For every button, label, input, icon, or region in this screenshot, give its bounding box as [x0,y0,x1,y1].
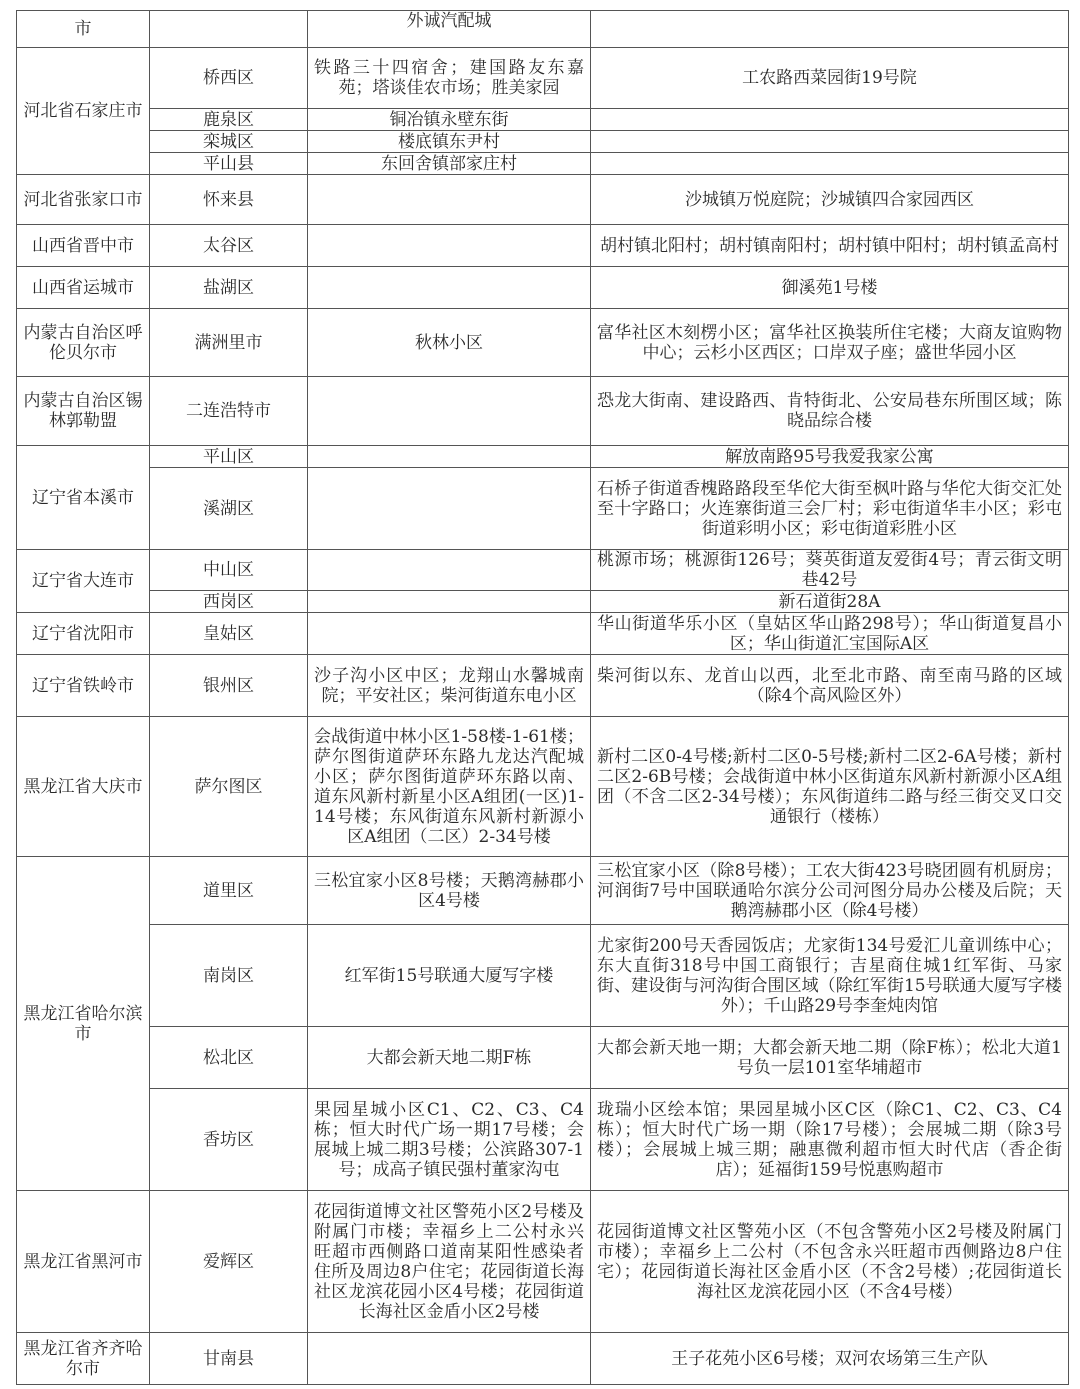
city-cell: 黑龙江省黑河市 [17,1191,150,1333]
city-cell: 河北省张家口市 [17,175,150,225]
high-risk-cell: 铁路三十四宿舍；建国路友东嘉苑；塔谈佳农市场；胜美家园 [308,48,591,109]
district-cell: 中山区 [150,550,308,591]
district-cell: 栾城区 [150,131,308,153]
city-cell: 黑龙江省哈尔滨市 [17,857,150,1191]
district-cell: 太谷区 [150,225,308,267]
table-row: 黑龙江省齐齐哈尔市 甘南县 王子花苑小区6号楼；双河农场第三生产队 [17,1333,1069,1385]
high-risk-cell [308,446,591,468]
district-cell: 皇姑区 [150,613,308,655]
table-row: 辽宁省大连市 中山区 桃源市场；桃源街126号；葵英街道友爱街4号；青云街文明巷… [17,550,1069,591]
high-risk-cell: 会战街道中林小区1-58楼-1-61楼；萨尔图街道萨环东路九龙达汽配城小区；萨尔… [308,717,591,857]
city-cell: 黑龙江省大庆市 [17,717,150,857]
medium-risk-cell: 恐龙大街南、建设路西、肯特街北、公安局巷东所围区域；陈晓品综合楼 [591,377,1069,446]
district-cell: 西岗区 [150,591,308,613]
table-row: 市 外诚汽配城 [17,11,1069,48]
city-cell: 内蒙古自治区呼伦贝尔市 [17,309,150,377]
high-risk-cell [308,225,591,267]
medium-risk-cell: 花园街道博文社区警苑小区（不包含警苑小区2号楼及附属门市楼）；幸福乡上二公村（不… [591,1191,1069,1333]
district-cell: 满洲里市 [150,309,308,377]
table-row: 辽宁省铁岭市 银州区 沙子沟小区中区；龙翔山水馨城南院；平安社区；柴河街道东电小… [17,655,1069,717]
medium-risk-cell: 御溪苑1号楼 [591,267,1069,309]
city-cell: 黑龙江省齐齐哈尔市 [17,1333,150,1385]
city-cell: 市 [17,11,150,48]
risk-area-table: 市 外诚汽配城 河北省石家庄市 桥西区 铁路三十四宿舍；建国路友东嘉苑；塔谈佳农… [16,10,1069,1385]
high-risk-cell: 红军街15号联通大厦写字楼 [308,925,591,1027]
city-cell: 辽宁省大连市 [17,550,150,613]
district-cell: 平山县 [150,153,308,175]
high-risk-cell [308,377,591,446]
district-cell: 银州区 [150,655,308,717]
table-row: 黑龙江省黑河市 爱辉区 花园街道博文社区警苑小区2号楼及附属门市楼；幸福乡上二公… [17,1191,1069,1333]
district-cell: 桥西区 [150,48,308,109]
table-row: 平山县 东回舍镇部家庄村 [17,153,1069,175]
high-risk-cell [308,468,591,550]
district-cell: 溪湖区 [150,468,308,550]
table-row: 黑龙江省哈尔滨市 道里区 三松宜家小区8号楼；天鹅湾赫郡小区4号楼 三松宜家小区… [17,857,1069,925]
medium-risk-cell: 王子花苑小区6号楼；双河农场第三生产队 [591,1333,1069,1385]
table-row: 河北省石家庄市 桥西区 铁路三十四宿舍；建国路友东嘉苑；塔谈佳农市场；胜美家园 … [17,48,1069,109]
medium-risk-cell: 柴河街以东、龙首山以西，北至北市路、南至南马路的区域（除4个高风险区外） [591,655,1069,717]
medium-risk-cell: 富华社区木刻楞小区；富华社区换装所住宅楼；大商友谊购物中心；云杉小区西区；口岸双… [591,309,1069,377]
table-row: 西岗区 新石道街28A [17,591,1069,613]
table-row: 松北区 大都会新天地二期F栋 大都会新天地一期；大都会新天地二期（除F栋）；松北… [17,1027,1069,1089]
district-cell: 道里区 [150,857,308,925]
medium-risk-cell [591,153,1069,175]
medium-risk-cell [591,11,1069,48]
city-cell: 山西省运城市 [17,267,150,309]
medium-risk-cell: 解放南路95号我爱我家公寓 [591,446,1069,468]
city-cell: 内蒙古自治区锡林郭勒盟 [17,377,150,446]
city-cell: 河北省石家庄市 [17,48,150,175]
medium-risk-cell: 沙城镇万悦庭院；沙城镇四合家园西区 [591,175,1069,225]
medium-risk-cell: 石桥子街道香槐路路段至华佗大街至枫叶路与华佗大街交汇处至十字路口；火连寨街道三会… [591,468,1069,550]
city-cell: 辽宁省铁岭市 [17,655,150,717]
city-cell: 辽宁省沈阳市 [17,613,150,655]
district-cell: 甘南县 [150,1333,308,1385]
district-cell: 盐湖区 [150,267,308,309]
medium-risk-cell [591,131,1069,153]
high-risk-cell: 大都会新天地二期F栋 [308,1027,591,1089]
table-row: 河北省张家口市 怀来县 沙城镇万悦庭院；沙城镇四合家园西区 [17,175,1069,225]
high-risk-cell: 果园星城小区C1、C2、C3、C4栋；恒大时代广场一期17号楼；会展城上城二期3… [308,1089,591,1191]
district-cell: 松北区 [150,1027,308,1089]
medium-risk-cell: 大都会新天地一期；大都会新天地二期（除F栋）；松北大道1号负一层101室华埔超市 [591,1027,1069,1089]
city-cell: 辽宁省本溪市 [17,446,150,550]
high-risk-cell: 花园街道博文社区警苑小区2号楼及附属门市楼；幸福乡上二公村永兴旺超市西侧路口道南… [308,1191,591,1333]
high-risk-cell: 三松宜家小区8号楼；天鹅湾赫郡小区4号楼 [308,857,591,925]
medium-risk-cell: 工农路西菜园街19号院 [591,48,1069,109]
table-row: 内蒙古自治区锡林郭勒盟 二连浩特市 恐龙大街南、建设路西、肯特街北、公安局巷东所… [17,377,1069,446]
medium-risk-cell: 胡村镇北阳村；胡村镇南阳村；胡村镇中阳村；胡村镇孟高村 [591,225,1069,267]
district-cell: 香坊区 [150,1089,308,1191]
high-risk-cell: 东回舍镇部家庄村 [308,153,591,175]
table-row: 鹿泉区 铜冶镇永壁东街 [17,109,1069,131]
city-cell: 山西省晋中市 [17,225,150,267]
medium-risk-cell: 三松宜家小区（除8号楼）；工农大街423号晓团圆有机厨房；河润街7号中国联通哈尔… [591,857,1069,925]
medium-risk-cell: 珑瑞小区绘本馆；果园星城小区C区（除C1、C2、C3、C4栋）；恒大时代广场一期… [591,1089,1069,1191]
table-row: 内蒙古自治区呼伦贝尔市 满洲里市 秋林小区 富华社区木刻楞小区；富华社区换装所住… [17,309,1069,377]
table-row: 山西省运城市 盐湖区 御溪苑1号楼 [17,267,1069,309]
district-cell: 萨尔图区 [150,717,308,857]
table-row: 山西省晋中市 太谷区 胡村镇北阳村；胡村镇南阳村；胡村镇中阳村；胡村镇孟高村 [17,225,1069,267]
high-risk-cell: 楼底镇东尹村 [308,131,591,153]
district-cell: 南岗区 [150,925,308,1027]
district-cell: 鹿泉区 [150,109,308,131]
high-risk-cell [308,1333,591,1385]
table-row: 溪湖区 石桥子街道香槐路路段至华佗大街至枫叶路与华佗大街交汇处至十字路口；火连寨… [17,468,1069,550]
table-row: 辽宁省沈阳市 皇姑区 华山街道华乐小区（皇姑区华山路298号）；华山街道复昌小区… [17,613,1069,655]
high-risk-cell [308,591,591,613]
district-cell: 怀来县 [150,175,308,225]
high-risk-cell [308,550,591,591]
high-risk-cell: 外诚汽配城 [308,11,591,48]
high-risk-cell: 铜冶镇永壁东街 [308,109,591,131]
district-cell [150,11,308,48]
table-row: 辽宁省本溪市 平山区 解放南路95号我爱我家公寓 [17,446,1069,468]
table-row: 南岗区 红军街15号联通大厦写字楼 尤家街200号天香园饭店；尤家街134号爱汇… [17,925,1069,1027]
medium-risk-cell: 华山街道华乐小区（皇姑区华山路298号）；华山街道复昌小区；华山街道汇宝国际A区 [591,613,1069,655]
high-risk-cell [308,175,591,225]
high-risk-cell [308,613,591,655]
medium-risk-cell: 新村二区0-4号楼;新村二区0-5号楼;新村二区2-6A号楼；新村二区2-6B号… [591,717,1069,857]
table-row: 香坊区 果园星城小区C1、C2、C3、C4栋；恒大时代广场一期17号楼；会展城上… [17,1089,1069,1191]
high-risk-cell: 沙子沟小区中区；龙翔山水馨城南院；平安社区；柴河街道东电小区 [308,655,591,717]
medium-risk-cell: 桃源市场；桃源街126号；葵英街道友爱街4号；青云街文明巷42号 [591,550,1069,591]
medium-risk-cell [591,109,1069,131]
medium-risk-cell: 尤家街200号天香园饭店；尤家街134号爱汇儿童训练中心；东大直街318号中国工… [591,925,1069,1027]
district-cell: 爱辉区 [150,1191,308,1333]
district-cell: 二连浩特市 [150,377,308,446]
table-row: 栾城区 楼底镇东尹村 [17,131,1069,153]
table-row: 黑龙江省大庆市 萨尔图区 会战街道中林小区1-58楼-1-61楼；萨尔图街道萨环… [17,717,1069,857]
medium-risk-cell: 新石道街28A [591,591,1069,613]
high-risk-cell [308,267,591,309]
district-cell: 平山区 [150,446,308,468]
high-risk-cell: 秋林小区 [308,309,591,377]
